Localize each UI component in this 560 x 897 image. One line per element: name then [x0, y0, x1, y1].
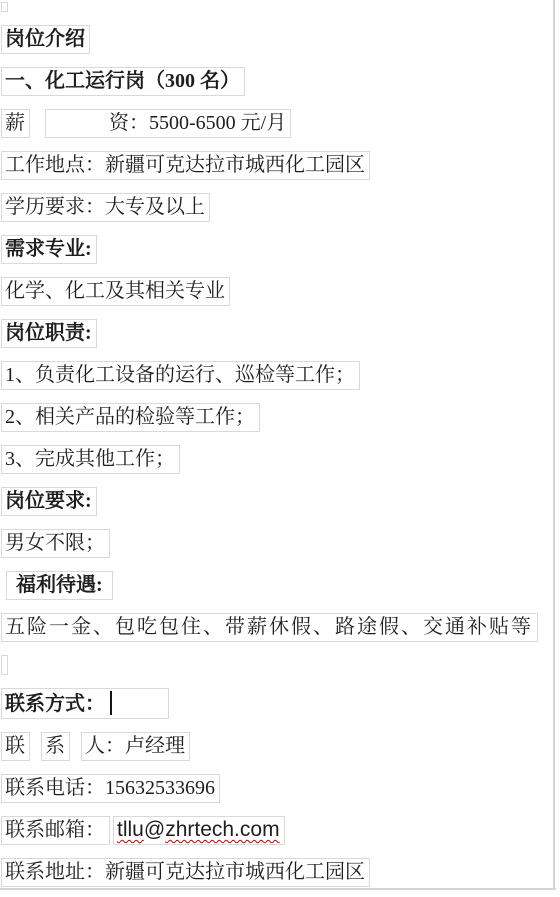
line-major-label: 需求专业:: [1, 235, 560, 264]
page-right-border: [553, 0, 555, 890]
text-run: 联系电话：15632533696: [1, 774, 220, 803]
text-cursor: [110, 691, 112, 715]
line-blank-top: [1, 2, 560, 12]
line-blank-mid: [1, 655, 560, 675]
page-bottom-border: [0, 888, 556, 890]
text-part: @: [144, 818, 165, 841]
line-requirement-label: 岗位要求:: [1, 487, 560, 516]
text-run: 2、相关产品的检验等工作；: [1, 403, 260, 432]
document-page[interactable]: 岗位介绍一、化工运行岗（300 名）薪 资：5500-6500 元/月工作地点：…: [0, 0, 560, 897]
misspelled-text: tllu: [117, 818, 144, 841]
text-run: 岗位要求:: [1, 487, 97, 516]
line-duty-3: 3、完成其他工作；: [1, 445, 560, 474]
text-run: 岗位介绍: [1, 25, 90, 54]
empty-paragraph-box: [1, 2, 8, 12]
text-run: 学历要求：大专及以上: [1, 193, 210, 222]
text-run: 人：卢经理: [81, 732, 190, 761]
text-run: 联系邮箱：: [1, 816, 110, 845]
line-contact-email: 联系邮箱：tllu@zhrtech.com: [1, 816, 560, 845]
line-welfare-value: 五险一金、包吃包住、带薪休假、路途假、交通补贴等: [1, 613, 560, 642]
line-welfare-label: 福利待遇:: [6, 571, 560, 600]
line-duty-1: 1、负责化工设备的运行、巡检等工作；: [1, 361, 560, 390]
line-education: 学历要求：大专及以上: [1, 193, 560, 222]
text-run: 工作地点：新疆可克达拉市城西化工园区: [1, 151, 370, 180]
text-run: 薪: [1, 109, 30, 138]
text-run: 需求专业:: [1, 235, 97, 264]
text-part: 联系方式：: [5, 693, 105, 715]
line-contact-label: 联系方式：: [1, 688, 560, 719]
line-location: 工作地点：新疆可克达拉市城西化工园区: [1, 151, 560, 180]
line-job-title: 一、化工运行岗（300 名）: [1, 67, 560, 96]
text-run: 岗位职责:: [1, 319, 97, 348]
misspelled-text: zhrtech.com: [165, 818, 279, 841]
text-run: 联系方式：: [1, 688, 169, 719]
line-duty-label: 岗位职责:: [1, 319, 560, 348]
text-run: 一、化工运行岗（300 名）: [1, 67, 245, 96]
text-run: 男女不限；: [1, 529, 110, 558]
text-run: 五险一金、包吃包住、带薪休假、路途假、交通补贴等: [1, 613, 538, 642]
line-contact-person: 联系人：卢经理: [1, 732, 560, 761]
line-major-value: 化学、化工及其相关专业: [1, 277, 560, 306]
text-run: 资：5500-6500 元/月: [45, 109, 291, 138]
text-run: 化学、化工及其相关专业: [1, 277, 230, 306]
text-run: 联系地址：新疆可克达拉市城西化工园区: [1, 858, 370, 887]
line-duty-2: 2、相关产品的检验等工作；: [1, 403, 560, 432]
email-text: tllu@zhrtech.com: [113, 816, 285, 845]
text-run: 系: [41, 732, 70, 761]
text-run: 联: [1, 732, 30, 761]
line-requirement-value: 男女不限；: [1, 529, 560, 558]
text-run: 福利待遇:: [6, 571, 113, 600]
line-contact-address: 联系地址：新疆可克达拉市城西化工园区: [1, 858, 560, 887]
text-run: 1、负责化工设备的运行、巡检等工作；: [1, 361, 360, 390]
empty-paragraph-box: [1, 655, 8, 675]
line-salary: 薪 资：5500-6500 元/月: [1, 109, 560, 138]
line-contact-phone: 联系电话：15632533696: [1, 774, 560, 803]
line-page-title: 岗位介绍: [1, 25, 560, 54]
text-run: 3、完成其他工作；: [1, 445, 180, 474]
